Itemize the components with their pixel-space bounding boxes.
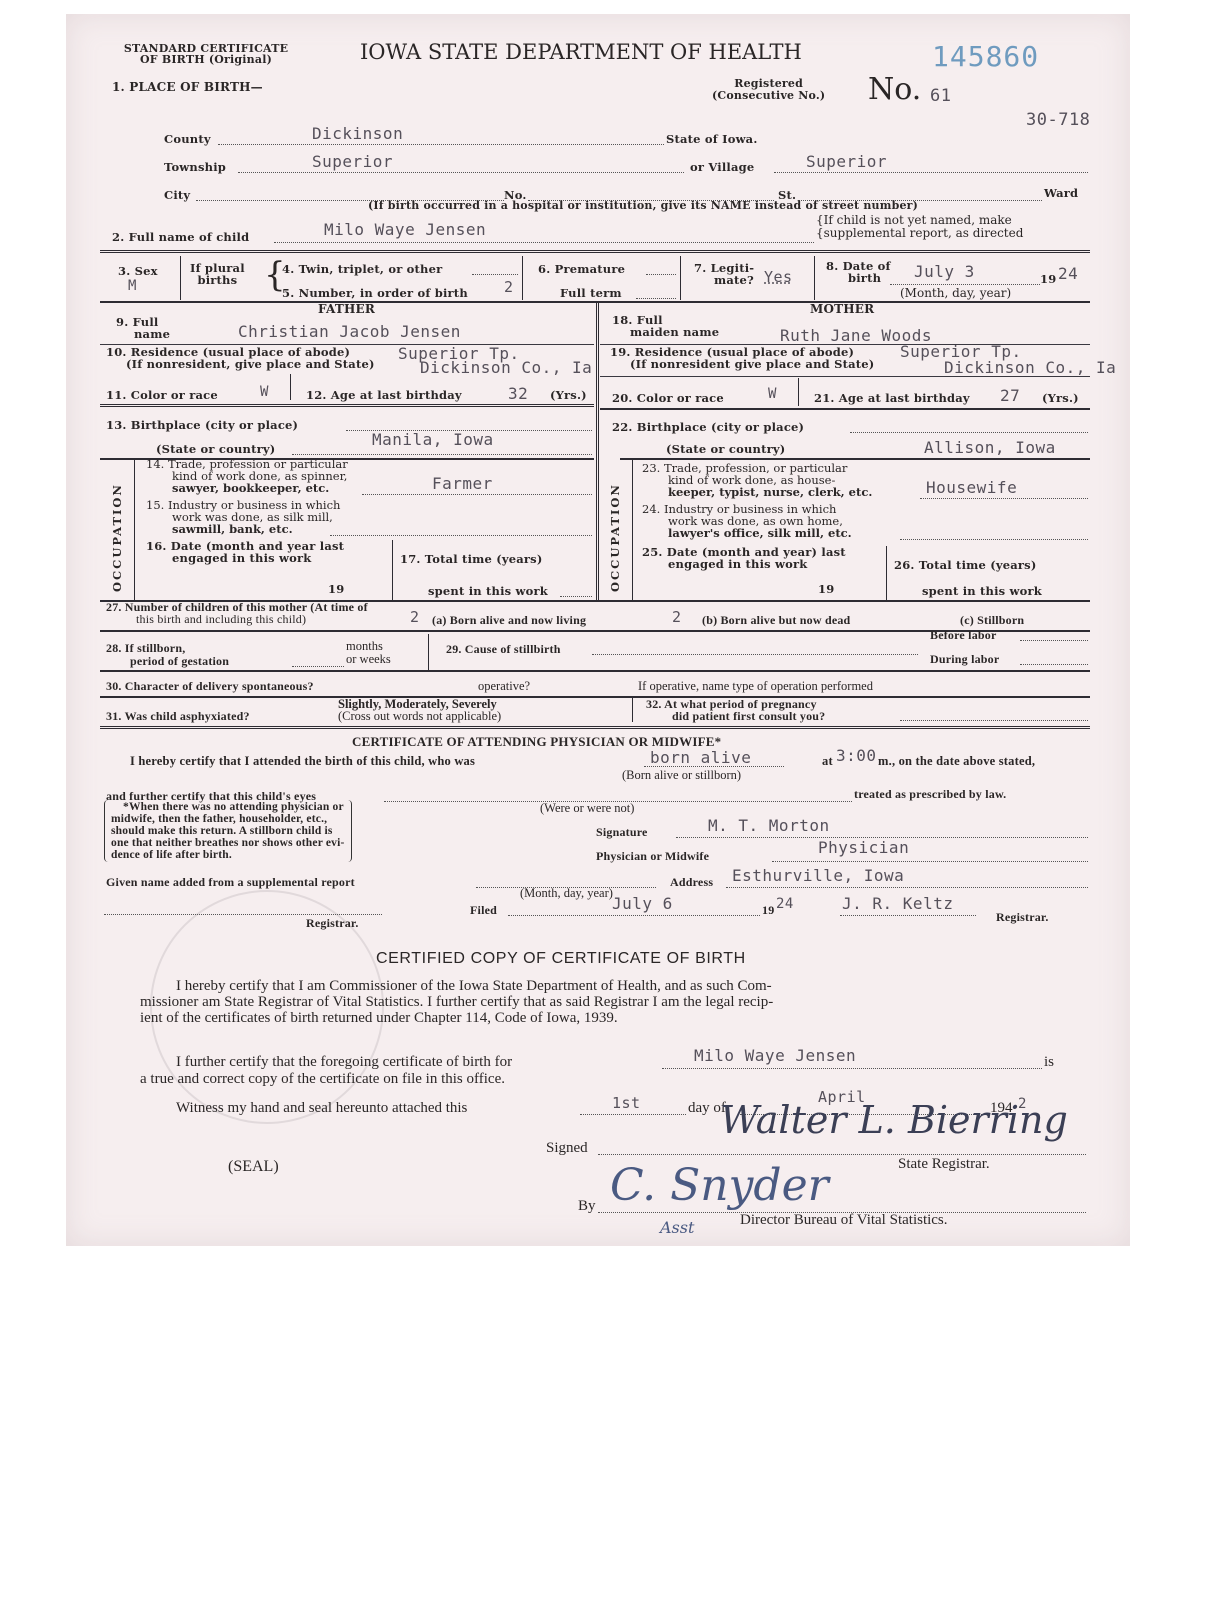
born-alive-dead-label: (b) Born alive but now dead	[702, 613, 850, 628]
father-age-label: 12. Age at last birthday	[306, 388, 462, 402]
were-hint: (Were or were not)	[540, 801, 634, 816]
dob-label-line-2: birth	[826, 272, 891, 284]
father-age-unit: (Yrs.)	[550, 388, 587, 402]
divider	[100, 726, 1090, 729]
mother-industry-label-line-3: lawyer's office, silk mill, etc.	[642, 527, 852, 539]
not-named-note: {If child is not yet named, make {supple…	[816, 214, 1023, 240]
father-total-time-label: 17. Total time (years)	[400, 552, 543, 566]
father-state-country-label: (State or country)	[156, 442, 275, 456]
mother-industry-line	[900, 539, 1088, 540]
note-line-3: should make this return. A stillborn chi…	[111, 825, 345, 837]
father-trade-label-line-3: sawyer, bookkeeper, etc.	[146, 482, 348, 494]
delivery-character-label: 30. Character of delivery spontaneous?	[106, 679, 314, 694]
divider	[620, 458, 1090, 460]
divider	[428, 634, 429, 670]
mother-birthplace-label: 22. Birthplace (city or place)	[612, 420, 804, 434]
father-birthplace-value[interactable]: Manila, Iowa	[372, 430, 494, 449]
township-value[interactable]: Superior	[312, 152, 393, 171]
father-spent-line	[560, 596, 592, 597]
physician-address-value[interactable]: Esthurville, Iowa	[732, 866, 904, 885]
cause-of-stillbirth-label: 29. Cause of stillbirth	[446, 642, 561, 657]
born-status-value[interactable]: born alive	[650, 748, 751, 767]
father-trade-label: 14. Trade, profession or particular kind…	[146, 458, 348, 494]
asst-mark: Asst	[660, 1218, 694, 1237]
signed-line	[598, 1154, 1086, 1155]
mother-trade-label-line-3: keeper, typist, nurse, clerk, etc.	[642, 486, 872, 498]
witness-label: Witness my hand and seal hereunto attach…	[176, 1100, 467, 1117]
children-label-line-2: this birth and including this child)	[106, 613, 368, 625]
mother-date-year: 19	[818, 582, 834, 596]
father-race-value[interactable]: W	[260, 384, 269, 400]
mother-trade-label: 23. Trade, profession, or particular kin…	[642, 462, 872, 498]
county-label: County	[164, 132, 211, 146]
divider	[600, 408, 1090, 410]
city-label: City	[164, 188, 190, 202]
divider	[100, 301, 1090, 303]
legitimate-label: 7. Legiti- mate?	[694, 262, 754, 286]
born-alive-living-label: (a) Born alive and now living	[432, 613, 586, 628]
certified-paragraph-line-3: ient of the certificates of birth return…	[140, 1010, 1060, 1026]
father-trade-value[interactable]: Farmer	[432, 474, 493, 493]
filed-line	[508, 915, 760, 916]
mother-total-time-label: 26. Total time (years)	[894, 558, 1037, 572]
divider	[100, 250, 1090, 253]
gestation-label-line-2: period of gestation	[106, 655, 229, 668]
witness-day-line	[580, 1114, 686, 1115]
dob-year-prefix: 19	[1040, 272, 1056, 286]
county-value[interactable]: Dickinson	[312, 124, 403, 143]
registered-number: 61	[930, 86, 951, 106]
birth-time-value[interactable]: 3:00	[836, 746, 877, 765]
full-term-label: Full term	[560, 286, 622, 300]
father-birthplace-label: 13. Birthplace (city or place)	[106, 418, 298, 432]
father-residence-label-line-2: (If nonresident, give place and State)	[106, 358, 375, 370]
divider	[180, 256, 181, 300]
divider	[134, 460, 135, 600]
divider	[886, 546, 887, 600]
father-residence-value-2[interactable]: Dickinson Co., Ia	[420, 358, 592, 377]
township-label: Township	[164, 160, 226, 174]
certify-attended-text: I hereby certify that I attended the bir…	[130, 754, 475, 769]
gestation-label: 28. If stillborn, period of gestation	[106, 642, 229, 668]
before-labor-label: Before labor	[930, 628, 997, 643]
registered-label: Registered (Consecutive No.)	[712, 78, 825, 102]
mother-trade-line	[920, 498, 1088, 499]
before-labor-line	[1020, 640, 1088, 641]
divider	[100, 404, 594, 407]
registrar-label-right: Registrar.	[996, 910, 1049, 925]
mother-name-label: 18. Full maiden name	[612, 314, 719, 338]
mother-heading: MOTHER	[810, 302, 874, 316]
divider	[100, 696, 1090, 698]
birth-order-value[interactable]: 2	[504, 278, 514, 296]
mother-spent-label: spent in this work	[922, 584, 1042, 598]
mother-occupation-label: OCCUPATION	[608, 470, 622, 592]
certify-suffix-text: m., on the date above stated,	[878, 754, 1035, 769]
signature-label: Signature	[596, 825, 648, 840]
mother-residence-value-2[interactable]: Dickinson Co., Ia	[944, 358, 1116, 377]
state-registrar-label: State Registrar.	[898, 1156, 990, 1173]
divider	[632, 460, 633, 600]
note-line-1: *When there was no attending physician o…	[111, 801, 345, 813]
divider	[798, 378, 799, 406]
born-alive-living-value[interactable]: 2	[672, 608, 682, 626]
filed-year-value[interactable]: 24	[776, 896, 794, 912]
father-industry-line	[330, 535, 592, 536]
village-value[interactable]: Superior	[806, 152, 887, 171]
dob-hint: (Month, day, year)	[900, 286, 1011, 300]
place-of-birth-heading: 1. PLACE OF BIRTH—	[112, 80, 263, 94]
twin-line	[472, 274, 518, 275]
pregnancy-line	[900, 720, 1088, 721]
plural-label-line-2: births	[190, 274, 245, 286]
at-label: at	[822, 754, 833, 769]
gestation-unit: months or weeks	[346, 640, 391, 666]
standard-certificate-title: STANDARD CERTIFICATE OF BIRTH (Original)	[96, 42, 316, 66]
local-registrar-name[interactable]: J. R. Keltz	[842, 894, 953, 913]
child-name-value[interactable]: Milo Waye Jensen	[324, 220, 486, 239]
divider	[100, 670, 1090, 672]
twin-label: 4. Twin, triplet, or other	[282, 262, 442, 276]
divider	[522, 256, 523, 300]
ward-label: Ward	[1044, 186, 1078, 200]
village-label: or Village	[690, 160, 754, 174]
dob-line	[890, 284, 1040, 285]
birth-order-label: 5. Number, in order of birth	[282, 286, 468, 300]
seal-label: (SEAL)	[228, 1158, 279, 1176]
filed-label: Filed	[470, 903, 497, 918]
father-spent-label: spent in this work	[428, 584, 548, 598]
physician-or-midwife-label: Physician or Midwife	[596, 849, 709, 864]
witness-day-value[interactable]: 1st	[612, 1094, 641, 1112]
physician-role-value[interactable]: Physician	[818, 838, 909, 857]
director-label: Director Bureau of Vital Statistics.	[740, 1212, 948, 1229]
physician-signature-value[interactable]: M. T. Morton	[708, 816, 830, 835]
mother-date-label: 25. Date (month and year) last engaged i…	[642, 546, 846, 570]
given-name-label: Given name added from a supplemental rep…	[106, 875, 355, 890]
operation-type-label: If operative, name type of operation per…	[638, 679, 873, 694]
address-line	[726, 887, 1088, 888]
pregnancy-label-line-2: did patient first consult you?	[646, 710, 825, 722]
mother-residence-label-line-2: (If nonresident give place and State)	[610, 358, 874, 370]
legitimate-label-line-2: mate?	[694, 274, 754, 286]
no-physician-note: *When there was no attending physician o…	[104, 800, 352, 862]
premature-line	[646, 274, 676, 275]
father-date-label-line-2: engaged in this work	[146, 552, 344, 564]
sex-label: 3. Sex	[118, 264, 158, 278]
filed-registrar-line	[840, 915, 976, 916]
filed-date-value[interactable]: July 6	[612, 894, 673, 913]
gestation-line	[292, 666, 344, 667]
gestation-unit-line-2: or weeks	[346, 653, 391, 666]
plural-births-label: If plural births	[190, 262, 245, 286]
divider	[814, 256, 815, 300]
certified-copy-paragraph: I hereby certify that I am Commissioner …	[140, 978, 1060, 1026]
stillborn-label: (c) Stillborn	[960, 613, 1024, 628]
certified-paragraph-line-1: I hereby certify that I am Commissioner …	[140, 978, 1060, 994]
file-code: 30-718	[1026, 110, 1090, 130]
registrar-label-left: Registrar.	[306, 916, 359, 931]
director-signature: C. Snyder	[610, 1160, 829, 1211]
date-of-birth-label: 8. Date of birth	[826, 260, 891, 284]
pregnancy-period-label: 32. At what period of pregnancy did pati…	[646, 698, 825, 722]
children-total-value[interactable]: 2	[410, 608, 420, 626]
cause-line	[592, 654, 918, 655]
dob-value[interactable]: July 3	[914, 262, 975, 281]
asphyxiated-label: 31. Was child asphyxiated?	[106, 709, 250, 724]
father-race-label: 11. Color or race	[106, 388, 218, 402]
mother-race-label: 20. Color or race	[612, 391, 724, 405]
mother-age-value[interactable]: 27	[1000, 386, 1020, 405]
state-registrar-signature: Walter L. Bierring	[720, 1098, 1068, 1142]
father-industry-label: 15. Industry or business in which work w…	[146, 499, 340, 535]
divider	[600, 376, 1090, 377]
father-trade-line	[362, 494, 592, 495]
born-hint: (Born alive or stillborn)	[622, 768, 741, 783]
local-registrar-line	[104, 914, 382, 915]
eyes-suffix: treated as prescribed by law.	[854, 787, 1006, 802]
filed-year-prefix: 19	[762, 903, 774, 918]
mother-race-value[interactable]: W	[768, 386, 777, 402]
foregoing-suffix: is	[1044, 1054, 1054, 1071]
hospital-note: (If birth occurred in a hospital or inst…	[368, 199, 918, 212]
mother-age-label: 21. Age at last birthday	[814, 391, 970, 405]
mother-date-label-line-2: engaged in this work	[642, 558, 846, 570]
father-date-label: 16. Date (month and year last engaged in…	[146, 540, 344, 564]
foregoing-label: I further certify that the foregoing cer…	[176, 1054, 512, 1071]
divider	[392, 540, 393, 600]
certified-copy-title: CERTIFIED COPY OF CERTIFICATE OF BIRTH	[376, 950, 746, 968]
father-mother-divider	[596, 302, 599, 600]
address-label: Address	[670, 875, 713, 890]
father-date-year: 19	[328, 582, 344, 596]
asphyxiated-options: Slightly, Moderately, Severely (Cross ou…	[338, 698, 501, 722]
mother-age-unit: (Yrs.)	[1042, 391, 1079, 405]
father-age-value[interactable]: 32	[508, 384, 528, 403]
signed-label: Signed	[546, 1140, 588, 1157]
mother-state-country-label: (State or country)	[666, 442, 785, 456]
not-named-note-line-2: {supplemental report, as directed	[816, 227, 1023, 240]
children-count-label: 27. Number of children of this mother (A…	[106, 601, 368, 625]
foregoing-line	[662, 1068, 1042, 1069]
mother-industry-label: 24. Industry or business in which work w…	[642, 503, 852, 539]
registered-label-line-2: (Consecutive No.)	[712, 90, 825, 102]
note-line-5: dence of life after birth.	[111, 849, 345, 861]
legitimate-value[interactable]: Yes	[764, 268, 793, 286]
divider	[632, 698, 633, 722]
during-labor-label: During labor	[930, 652, 999, 667]
note-line-2: midwife, then the father, householder, e…	[111, 813, 345, 825]
father-state-country-line	[292, 454, 592, 455]
by-label: By	[578, 1198, 596, 1215]
premature-label: 6. Premature	[538, 262, 625, 276]
father-industry-label-line-3: sawmill, bank, etc.	[146, 523, 340, 535]
during-labor-line	[1020, 664, 1088, 665]
filed-hint: (Month, day, year)	[520, 886, 613, 901]
certified-paragraph-line-2: missioner am State Registrar of Vital St…	[140, 994, 1060, 1010]
department-title: IOWA STATE DEPARTMENT OF HEALTH	[360, 40, 802, 64]
divider	[680, 256, 681, 300]
full-term-line	[636, 298, 676, 299]
father-name-label-line-2: name	[116, 328, 170, 340]
mother-trade-value[interactable]: Housewife	[926, 478, 1017, 497]
mother-birthplace-value[interactable]: Allison, Iowa	[924, 438, 1056, 457]
true-copy-line: a true and correct copy of the certifica…	[140, 1071, 505, 1088]
role-line	[772, 861, 1088, 862]
village-line	[774, 172, 1088, 173]
dob-year-value[interactable]: 24	[1058, 264, 1078, 283]
stamp-number: 145860	[932, 40, 1039, 73]
child-name-label: 2. Full name of child	[112, 230, 249, 244]
note-line-4: one that neither breathes nor shows othe…	[111, 837, 345, 849]
father-residence-label: 10. Residence (usual place of abode) (If…	[106, 346, 375, 370]
mother-birthplace-line	[850, 432, 1088, 433]
operative-label: operative?	[478, 679, 530, 694]
child-name-line	[274, 242, 814, 243]
mother-name-label-line-2: maiden name	[612, 326, 719, 338]
father-heading: FATHER	[318, 302, 375, 316]
foregoing-name-value[interactable]: Milo Waye Jensen	[694, 1046, 856, 1065]
sex-value[interactable]: M	[128, 278, 137, 294]
no-label: No.	[868, 72, 921, 107]
father-occupation-label: OCCUPATION	[110, 470, 124, 592]
father-name-value[interactable]: Christian Jacob Jensen	[238, 322, 461, 341]
township-line	[238, 172, 684, 173]
father-name-label: 9. Full name	[116, 316, 170, 340]
mother-residence-label: 19. Residence (usual place of abode) (If…	[610, 346, 874, 370]
divider	[290, 374, 291, 400]
state-label: State of Iowa.	[666, 132, 758, 146]
county-line	[218, 144, 664, 145]
asphyxiated-options-line-2: (Cross out words not applicable)	[338, 710, 501, 722]
